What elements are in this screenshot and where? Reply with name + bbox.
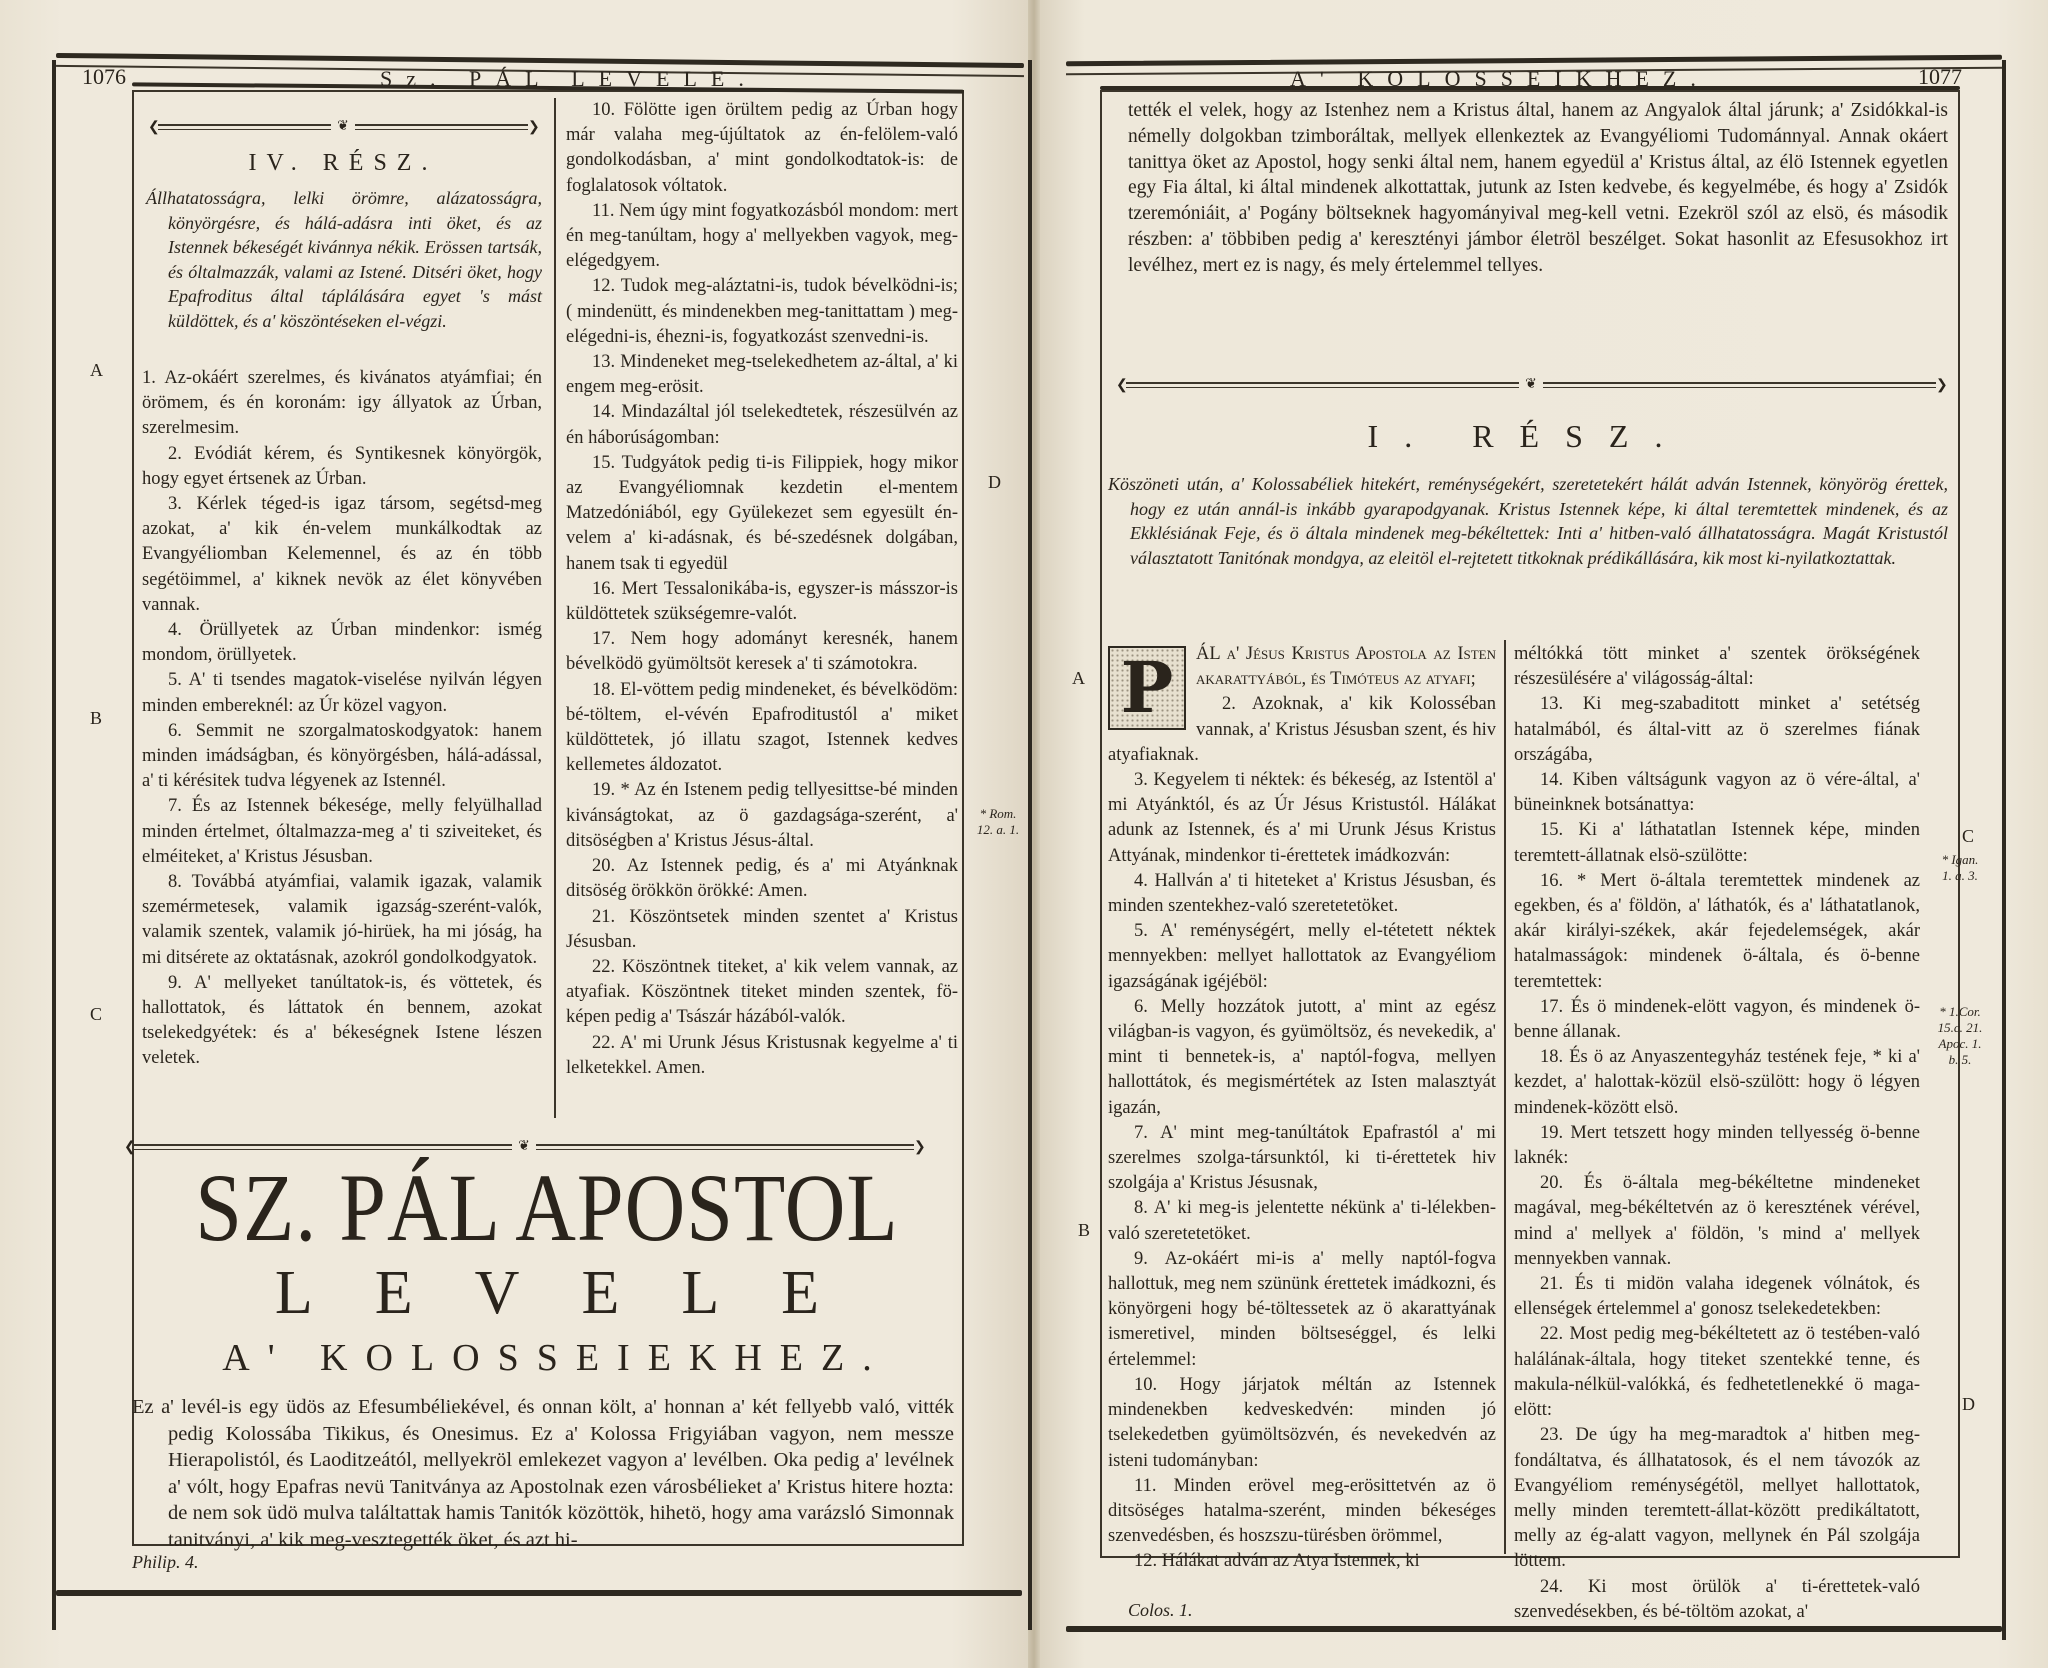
verse: 13. Ki meg-szabaditott minket a' setétsé… (1514, 692, 1920, 768)
margin-letter: B (1078, 1220, 1090, 1241)
epistle-title-line3: A' KOLOSSEIEKHEZ. (134, 1336, 960, 1380)
verse: 21. És ti midön valaha idegenek vólnátok… (1514, 1272, 1920, 1322)
margin-letter: D (1962, 1394, 1975, 1415)
section-title: I. RÉSZ. (1100, 418, 1956, 455)
right-box-top-rule (1100, 86, 1960, 90)
verse: 8. Továbbá atyámfiai, valamik igazak, va… (142, 870, 542, 971)
verse: 2. Evódiát kérem, és Syntikesnek könyörg… (142, 442, 542, 492)
page-number: 1076 (82, 64, 126, 90)
verse: 13. Mindeneket meg-tselekedhetem az-álta… (566, 350, 958, 400)
left-column-divider (554, 98, 556, 1118)
margin-cross-reference: * Rom. 12. a. 1. (968, 806, 1028, 838)
verse: 6. Semmit ne szorgalmatoskodgyatok: hane… (142, 719, 542, 795)
verse: 24. Ki most örülök a' ti-érettetek-való … (1514, 1575, 1920, 1625)
verse: 20. Az Istennek pedig, és a' mi Atyánkna… (566, 854, 958, 904)
margin-letter: C (1962, 826, 1974, 847)
ornament-cap-icon: ❯ (1936, 377, 1946, 394)
verse: 14. Kiben váltságunk vagyon az ö vére-ál… (1514, 768, 1920, 818)
verse: 7. És az Istennek békesége, melly felyül… (142, 794, 542, 870)
verse: 12. Hálákat adván az Atya Istennek, ki (1108, 1549, 1496, 1574)
verse: 9. A' mellyeket tanúltatok-is, és vöttet… (142, 971, 542, 1072)
epistle-title-line2: LEVELE (134, 1258, 960, 1329)
ornament-knot-icon: ❦ (331, 120, 355, 134)
verse: 7. A' mint meg-tanúltátok Epafrastól a' … (1108, 1121, 1496, 1197)
ornament-rule: ❮ ❦ ❯ (148, 120, 538, 134)
verse: méltókká tött minket a' szentek örökségé… (1514, 642, 1920, 692)
ornament-knot-icon: ❦ (1519, 378, 1543, 392)
margin-cross-reference: * Igan. 1. a. 3. (1930, 852, 1990, 884)
verse: 4. Hallván a' ti hiteteket a' Kristus Jé… (1108, 869, 1496, 919)
left-bottom-rule (56, 1590, 1022, 1596)
verse: 17. És ö mindenek-elött vagyon, és minde… (1514, 995, 1920, 1045)
section-title: IV. RÉSZ. (148, 150, 538, 177)
right-column-divider (1504, 640, 1506, 1554)
verse: 11. Nem úgy mint fogyatkozásból mondom: … (566, 199, 958, 275)
right-column-1: P ÁL a' Jésus Kristus Apostola az Isten … (1108, 642, 1496, 1575)
verse: 1. Az-okáért szerelmes, és kivánatos aty… (142, 366, 542, 442)
verse: 5. A' ti tsendes magatok-viselése nyilvá… (142, 668, 542, 718)
verse: 6. Melly hozzátok jutott, a' mint az egé… (1108, 995, 1496, 1121)
signature-mark: Colos. 1. (1128, 1600, 1193, 1621)
margin-letter: A (1072, 668, 1085, 689)
verse: 23. De úgy ha meg-maradtok a' hitben meg… (1514, 1423, 1920, 1574)
verse: 12. Tudok meg-aláztatni-is, tudok bévelk… (566, 274, 958, 350)
decorated-initial: P (1108, 646, 1186, 730)
verse: 3. Kegyelem ti néktek: és békeség, az Is… (1108, 768, 1496, 869)
verse: 9. Az-okáért mi-is a' melly naptól-fogva… (1108, 1247, 1496, 1373)
verse: 14. Mindazáltal jól tselekedtetek, része… (566, 400, 958, 450)
verse: 19. * Az én Istenem pedig tellyesittse-b… (566, 778, 958, 854)
verse: 22. Köszöntnek titeket, a' kik velem van… (566, 955, 958, 1031)
verse: 10. Hogy járjatok méltán az Istennek min… (1108, 1373, 1496, 1474)
signature-mark: Philip. 4. (132, 1552, 199, 1573)
epistle-introduction-continued: tették el velek, hogy az Istenhez nem a … (1128, 98, 1948, 279)
verse: 5. A' reménységért, melly el-tétetett né… (1108, 919, 1496, 995)
right-bottom-rule (1066, 1626, 2002, 1632)
section-summary: Köszöneti után, a' Kolossabéliek hitekér… (1108, 472, 1948, 570)
right-column-2: méltókká tött minket a' szentek örökségé… (1514, 642, 1920, 1625)
ornament-cap-icon: ❯ (528, 119, 538, 136)
epistle-title-line1: SZ. PÁL APOSTOL (134, 1153, 960, 1265)
margin-letter: C (90, 1004, 102, 1025)
margin-letter: B (90, 708, 102, 729)
verse: 22. Most pedig meg-békéltetett az ö test… (1514, 1322, 1920, 1423)
ornament-cap-icon: ❮ (1116, 377, 1126, 394)
margin-cross-reference: * 1.Cor. 15.c. 21. Apoc. 1. b. 5. (1930, 1004, 1990, 1068)
verse: 3. Kérlek téged-is igaz társom, segétsd-… (142, 492, 542, 618)
margin-letter: D (988, 472, 1001, 493)
epistle-introduction: Ez a' levél-is egy üdös az Efesumbélieké… (132, 1394, 954, 1553)
verse: 20. És ö-általa meg-békéltetne mindeneke… (1514, 1171, 1920, 1272)
section-summary: Állhatatosságra, lelki örömre, alázatoss… (146, 186, 542, 333)
verse: 10. Fölötte igen örültem pedig az Úrban … (566, 98, 958, 199)
ornament-cap-icon: ❮ (148, 119, 158, 136)
margin-letter: A (90, 360, 103, 381)
verse: 22. A' mi Urunk Jésus Kristusnak kegyelm… (566, 1031, 958, 1081)
verse: 18. És ö az Anyaszentegyház testének fej… (1514, 1045, 1920, 1121)
verse: 15. Tudgyátok pedig ti-is Filippiek, hog… (566, 451, 958, 577)
verse: 16. Mert Tessalonikába-is, egyszer-is má… (566, 577, 958, 627)
ornament-cap-icon: ❮ (124, 1139, 134, 1156)
verse: 8. A' ki meg-is jelentette nékünk a' ti-… (1108, 1196, 1496, 1246)
verse: 11. Minden erövel meg-erösittetvén az ö … (1108, 1474, 1496, 1550)
ornament-rule: ❮ ❦ ❯ (1116, 378, 1946, 392)
verse: 18. El-vöttem pedig mindeneket, és bével… (566, 678, 958, 779)
left-column-2: 10. Fölötte igen örültem pedig az Úrban … (566, 98, 958, 1081)
verse: 4. Örüllyetek az Úrban mindenkor: ismég … (142, 618, 542, 668)
verse: 15. Ki a' láthatatlan Istennek képe, min… (1514, 818, 1920, 868)
left-column-1: 1. Az-okáért szerelmes, és kivánatos aty… (142, 366, 542, 1072)
verse: 17. Nem hogy adományt keresnék, hanem bé… (566, 627, 958, 677)
verse: 16. * Mert ö-általa teremtettek mindenek… (1514, 869, 1920, 995)
verse: 21. Köszöntsetek minden szentet a' Krist… (566, 905, 958, 955)
verse: 19. Mert tetszett hogy minden tellyesség… (1514, 1121, 1920, 1171)
